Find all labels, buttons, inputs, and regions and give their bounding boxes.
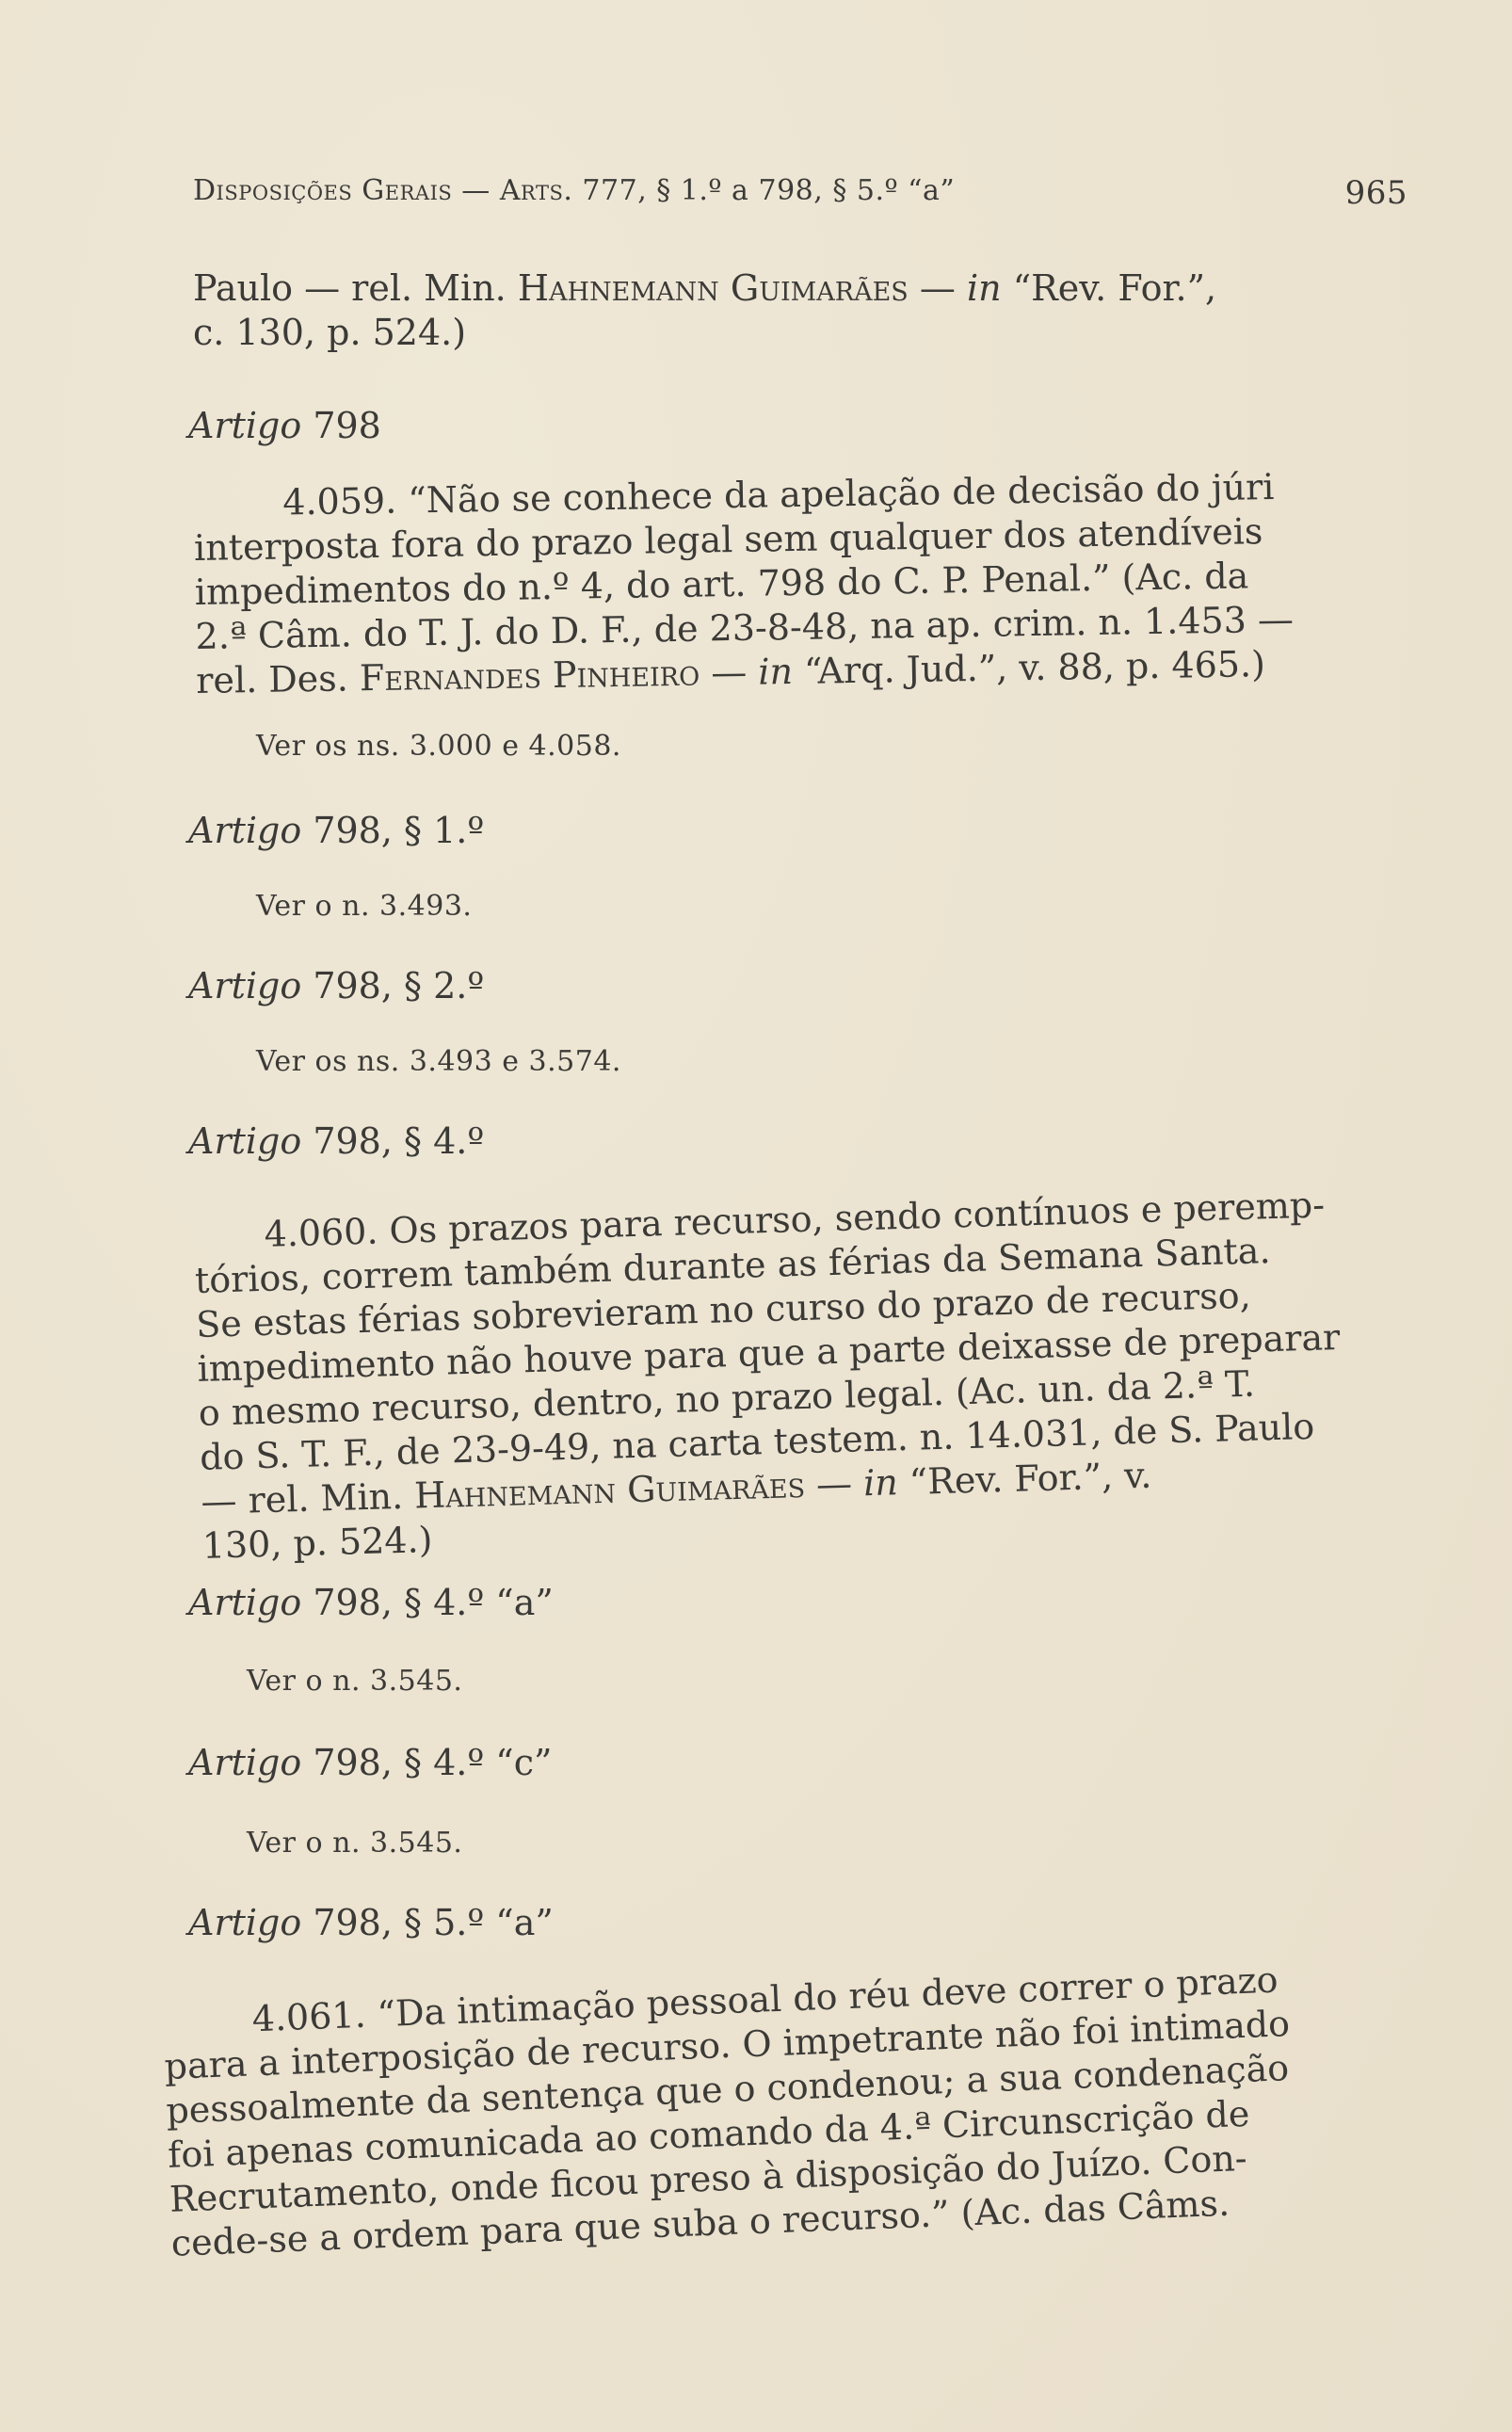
cross-reference: Ver o n. 3.545. <box>247 1665 462 1698</box>
book-page: Disposições Gerais — Arts. 777, § 1.º a … <box>0 0 1512 2432</box>
cross-reference: Ver o n. 3.493. <box>256 890 472 923</box>
text-line: Paulo — rel. Min. Hahnemann Guimarães — … <box>193 266 1407 311</box>
entry-4060: 4.060. Os prazos para recurso, sendo con… <box>193 1181 1417 1569</box>
running-header: Disposições Gerais — Arts. 777, § 1.º a … <box>193 174 1407 207</box>
judge-name: Hahnemann Guimarães <box>414 1464 806 1517</box>
judge-name: Fernandes Pinheiro <box>360 652 700 700</box>
cross-reference: Ver o n. 3.545. <box>247 1827 462 1860</box>
entry-4061: 4.061. “Da intimação pessoal do réu deve… <box>162 1954 1395 2266</box>
entry-number: 4.061. <box>251 1994 366 2040</box>
cross-reference: Ver os ns. 3.000 e 4.058. <box>256 730 621 763</box>
running-title-range: 777, § 1.º a 798, § 5.º “a” <box>572 174 955 207</box>
section-heading: Artigo 798, § 2.º <box>188 965 484 1007</box>
continuation-text: Paulo — rel. Min. Hahnemann Guimarães — … <box>193 266 1407 355</box>
entry-4059: 4.059. “Não se conhece da apelação de de… <box>193 463 1411 703</box>
cross-reference: Ver os ns. 3.493 e 3.574. <box>256 1045 621 1078</box>
running-title-sep: — <box>452 174 500 207</box>
entry-number: 4.059. <box>282 480 397 523</box>
section-heading: Artigo 798, § 5.º “a” <box>188 1902 554 1943</box>
section-heading: Artigo 798, § 1.º <box>188 810 484 851</box>
text-line: c. 130, p. 524.) <box>193 311 1407 355</box>
section-heading: Artigo 798 <box>188 405 381 446</box>
page-number: 965 <box>1345 174 1407 212</box>
running-title-part2: Arts. <box>500 174 573 207</box>
section-heading: Artigo 798, § 4.º <box>188 1120 484 1162</box>
judge-name: Hahnemann Guimarães <box>518 267 909 309</box>
section-heading: Artigo 798, § 4.º “a” <box>188 1582 554 1623</box>
section-heading: Artigo 798, § 4.º “c” <box>188 1742 552 1783</box>
entry-number: 4.060. <box>264 1211 378 1255</box>
running-title-part1: Disposições Gerais <box>193 174 452 207</box>
